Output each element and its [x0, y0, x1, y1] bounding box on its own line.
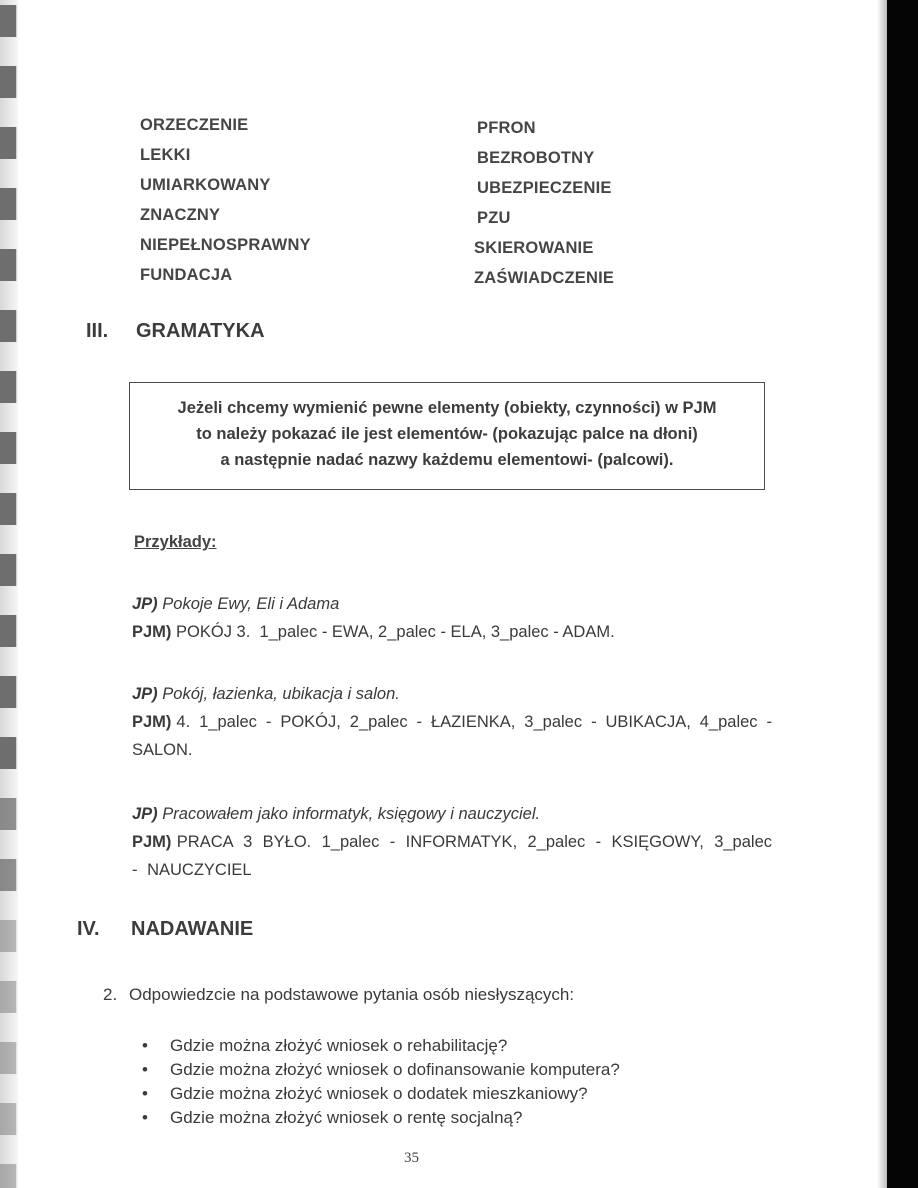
question-text: Gdzie można złożyć wniosek o dodatek mie…	[170, 1084, 588, 1103]
example-2: JP) Pokój, łazienka, ubikacja i salon. P…	[132, 680, 772, 764]
question-text: Gdzie można złożyć wniosek o dofinansowa…	[170, 1060, 620, 1079]
pjm-tag: PJM)	[132, 623, 171, 641]
vocab-word: BEZROBOTNY	[477, 143, 614, 173]
vocab-word: SKIEROWANIE	[474, 233, 614, 263]
jp-tag: JP)	[132, 685, 158, 703]
example-3: JP) Pracowałem jako informatyk, księgowy…	[132, 800, 772, 884]
list-item: •Gdzie można złożyć wniosek o rentę socj…	[140, 1106, 620, 1130]
task-item: 2.Odpowiedzcie na podstawowe pytania osó…	[103, 985, 574, 1005]
page-edge-shadow	[877, 0, 887, 1188]
binding-ring	[0, 127, 17, 159]
binding-ring	[0, 920, 17, 952]
rule-line: a następnie nadać nazwy każdemu elemento…	[130, 447, 764, 473]
vocab-word: LEKKI	[140, 140, 311, 170]
binding-ring	[0, 1042, 17, 1074]
binding-ring	[0, 859, 17, 891]
section-number: III.	[86, 320, 108, 343]
list-item: •Gdzie można złożyć wniosek o rehabilita…	[140, 1034, 620, 1058]
task-number: 2.	[103, 985, 129, 1005]
bullet-icon: •	[142, 1058, 148, 1082]
vocabulary-right-column: PFRON BEZROBOTNY UBEZPIECZENIE PZU SKIER…	[477, 113, 614, 293]
pjm-sentence: PRACA 3 BYŁO. 1_palec - INFORMATYK, 2_pa…	[132, 833, 772, 879]
jp-sentence: Pokoje Ewy, Eli i Adama	[162, 595, 339, 613]
pjm-tag: PJM)	[132, 833, 171, 851]
vocab-word: UMIARKOWANY	[140, 170, 311, 200]
examples-label: Przykłady:	[134, 533, 217, 552]
task-text: Odpowiedzcie na podstawowe pytania osób …	[129, 985, 574, 1004]
binding-ring	[0, 1164, 17, 1188]
questions-list: •Gdzie można złożyć wniosek o rehabilita…	[140, 1034, 620, 1130]
section-title: NADAWANIE	[131, 918, 253, 941]
pjm-tag: PJM)	[132, 713, 171, 731]
scan-background-edge	[887, 0, 918, 1188]
binding-ring	[0, 798, 17, 830]
list-item: •Gdzie można złożyć wniosek o dofinansow…	[140, 1058, 620, 1082]
list-item: •Gdzie można złożyć wniosek o dodatek mi…	[140, 1082, 620, 1106]
vocabulary-left-column: ORZECZENIE LEKKI UMIARKOWANY ZNACZNY NIE…	[140, 110, 311, 290]
binding-ring	[0, 371, 17, 403]
page-number: 35	[404, 1150, 419, 1167]
binding-ring	[0, 432, 17, 464]
bullet-icon: •	[142, 1106, 148, 1130]
jp-tag: JP)	[132, 805, 158, 823]
bullet-icon: •	[142, 1034, 148, 1058]
binding-ring	[0, 249, 17, 281]
question-text: Gdzie można złożyć wniosek o rentę socja…	[170, 1108, 522, 1127]
vocab-word: ZNACZNY	[140, 200, 311, 230]
binding-ring	[0, 66, 17, 98]
vocab-word: PZU	[477, 203, 614, 233]
binding-ring	[0, 676, 17, 708]
binding-ring	[0, 737, 17, 769]
pjm-sentence: POKÓJ 3. 1_palec - EWA, 2_palec - ELA, 3…	[176, 623, 615, 641]
vocab-word: FUNDACJA	[140, 260, 311, 290]
jp-tag: JP)	[132, 595, 158, 613]
spiral-binding	[0, 0, 18, 1188]
vocab-word: ZAŚWIADCZENIE	[474, 263, 614, 293]
vocab-word: ORZECZENIE	[140, 110, 311, 140]
vocab-word: UBEZPIECZENIE	[477, 173, 614, 203]
section-title: GRAMATYKA	[136, 320, 265, 343]
binding-ring	[0, 615, 17, 647]
binding-ring	[0, 188, 17, 220]
binding-ring	[0, 1103, 17, 1135]
section-number: IV.	[77, 918, 100, 941]
rule-line: to należy pokazać ile jest elementów- (p…	[130, 421, 764, 447]
vocab-word: NIEPEŁNOSPRAWNY	[140, 230, 311, 260]
binding-ring	[0, 5, 17, 37]
grammar-rule-box: Jeżeli chcemy wymienić pewne elementy (o…	[129, 382, 765, 490]
jp-sentence: Pokój, łazienka, ubikacja i salon.	[162, 685, 400, 703]
binding-ring	[0, 310, 17, 342]
question-text: Gdzie można złożyć wniosek o rehabilitac…	[170, 1036, 507, 1055]
binding-ring	[0, 981, 17, 1013]
binding-ring	[0, 554, 17, 586]
vocab-word: PFRON	[477, 113, 614, 143]
example-1: JP) Pokoje Ewy, Eli i Adama PJM) POKÓJ 3…	[132, 590, 772, 646]
rule-line: Jeżeli chcemy wymienić pewne elementy (o…	[130, 395, 764, 421]
pjm-sentence: 4. 1_palec - POKÓJ, 2_palec - ŁAZIENKA, …	[132, 713, 772, 759]
binding-ring	[0, 493, 17, 525]
jp-sentence: Pracowałem jako informatyk, księgowy i n…	[162, 805, 540, 823]
bullet-icon: •	[142, 1082, 148, 1106]
